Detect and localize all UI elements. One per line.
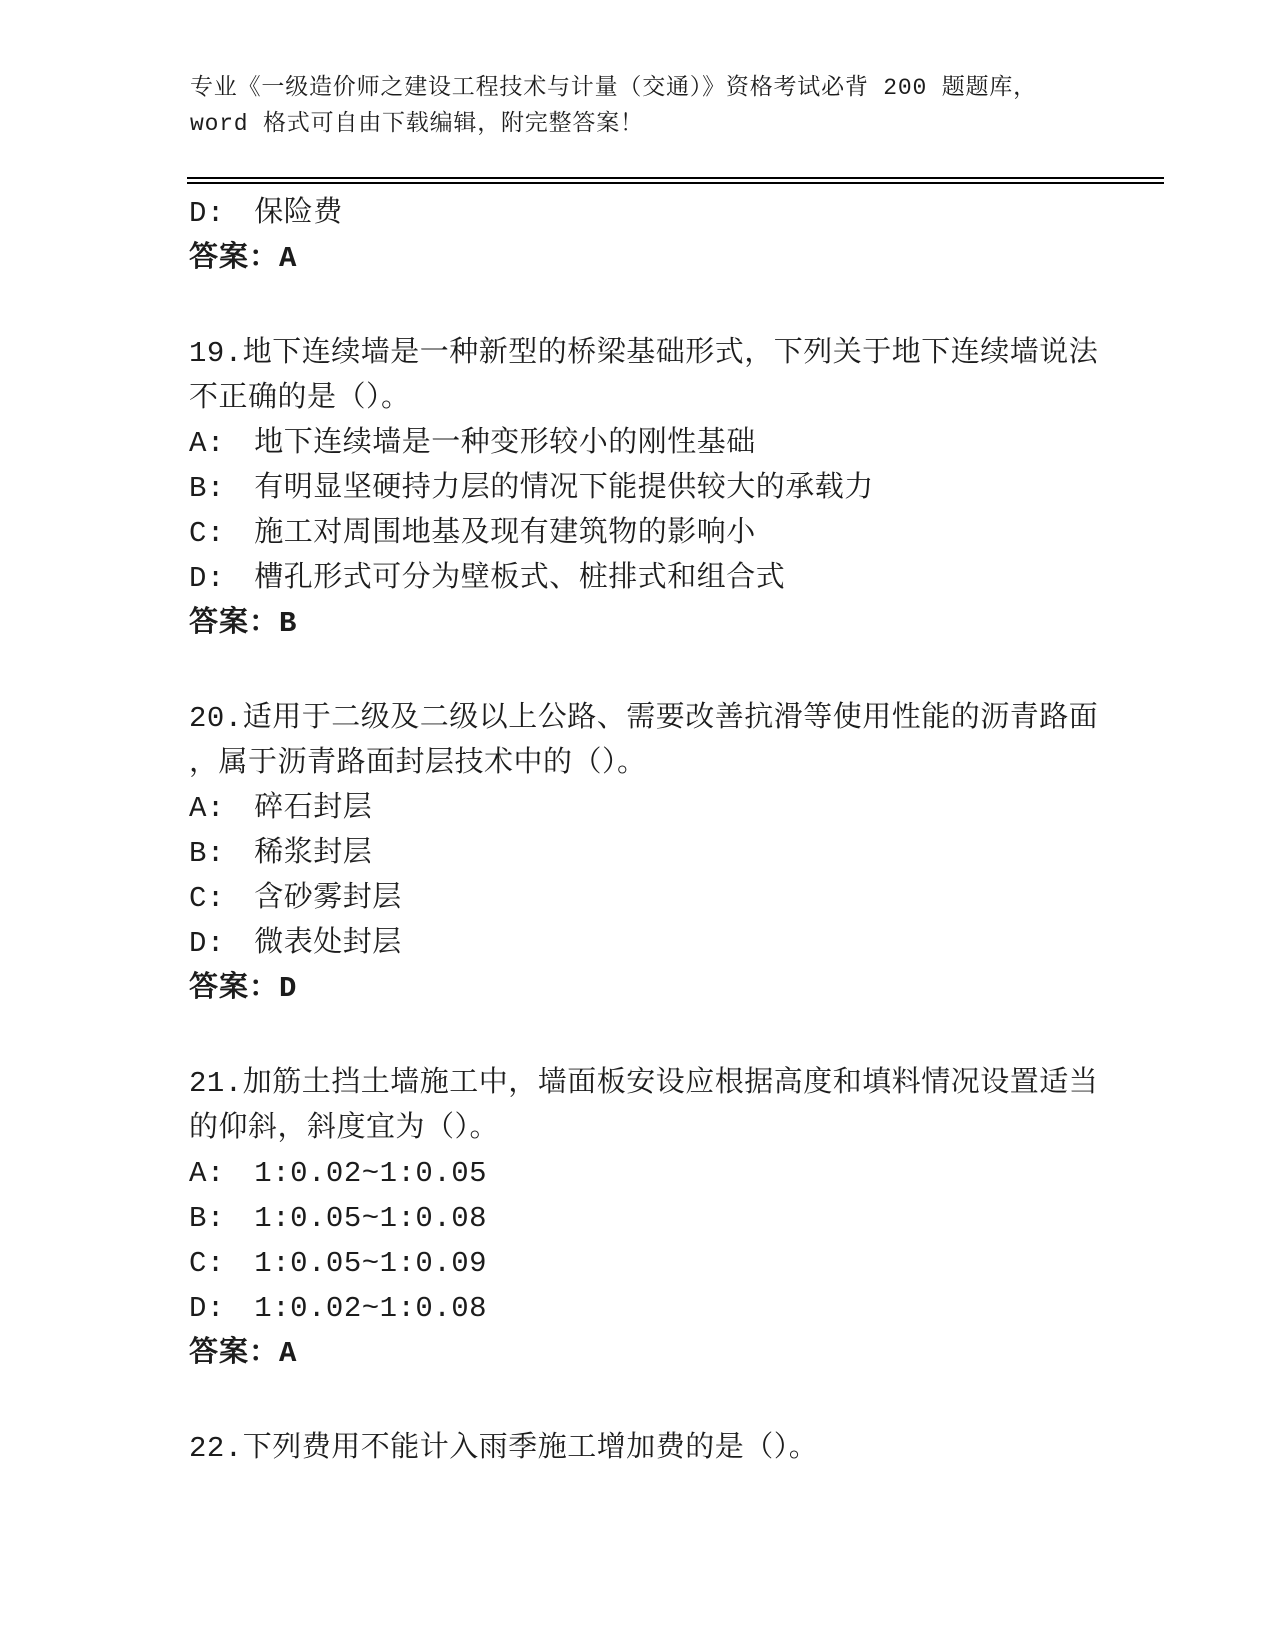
- option-line: D: 1:0.02~1:0.08: [189, 1286, 1189, 1331]
- document-page: 专业《一级造价师之建设工程技术与计量（交通）》资格考试必背 200 题题库， w…: [0, 0, 1275, 1650]
- option-line: C: 含砂雾封层: [189, 876, 1189, 921]
- header-title-line-2: word 格式可自由下载编辑，附完整答案！: [190, 106, 1090, 142]
- answer-line: 答案：D: [189, 966, 1189, 1011]
- header-title-line-1: 专业《一级造价师之建设工程技术与计量（交通）》资格考试必背 200 题题库，: [190, 70, 1090, 106]
- option-line: A: 地下连续墙是一种变形较小的刚性基础: [189, 421, 1189, 466]
- question-stem-line: ，属于沥青路面封层技术中的（）。: [189, 741, 1189, 786]
- question-stem-line: 的仰斜，斜度宜为（）。: [189, 1106, 1189, 1151]
- question-list: D: 保险费答案：A19.地下连续墙是一种新型的桥梁基础形式，下列关于地下连续墙…: [189, 191, 1189, 1471]
- question-stem-line: 19.地下连续墙是一种新型的桥梁基础形式，下列关于地下连续墙说法: [189, 331, 1189, 376]
- answer-line: 答案：A: [189, 236, 1189, 281]
- option-line: B: 有明显坚硬持力层的情况下能提供较大的承载力: [189, 466, 1189, 511]
- option-line: C: 1:0.05~1:0.09: [189, 1241, 1189, 1286]
- question-stem-line: 20.适用于二级及二级以上公路、需要改善抗滑等使用性能的沥青路面: [189, 696, 1189, 741]
- option-line: C: 施工对周围地基及现有建筑物的影响小: [189, 511, 1189, 556]
- header-divider-line: [187, 177, 1164, 184]
- question-stem-line: 21.加筋土挡土墙施工中，墙面板安设应根据高度和填料情况设置适当: [189, 1061, 1189, 1106]
- answer-line: 答案：B: [189, 601, 1189, 646]
- option-line: D: 槽孔形式可分为壁板式、桩排式和组合式: [189, 556, 1189, 601]
- option-line: A: 碎石封层: [189, 786, 1189, 831]
- page-header: 专业《一级造价师之建设工程技术与计量（交通）》资格考试必背 200 题题库， w…: [190, 70, 1090, 142]
- option-line: B: 1:0.05~1:0.08: [189, 1196, 1189, 1241]
- option-line: A: 1:0.02~1:0.05: [189, 1151, 1189, 1196]
- option-line: B: 稀浆封层: [189, 831, 1189, 876]
- question-stem-line: 22.下列费用不能计入雨季施工增加费的是（）。: [189, 1426, 1189, 1471]
- option-line: D: 微表处封层: [189, 921, 1189, 966]
- option-line: D: 保险费: [189, 191, 1189, 236]
- question-stem-line: 不正确的是（）。: [189, 376, 1189, 421]
- answer-line: 答案：A: [189, 1331, 1189, 1376]
